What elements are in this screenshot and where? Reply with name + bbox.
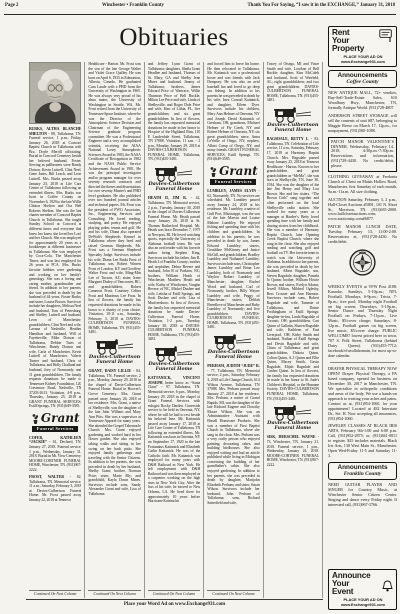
obituary-column-2: Healthcare - Harton. Mr. Frost was the s… <box>85 62 144 598</box>
announcements-title: Announcements <box>329 72 396 79</box>
davies-culbertson-logo: Davies-Culbertson Funeral Home <box>207 333 259 360</box>
obituary-text: - 42, Tullahoma, TN. Memorial service, 2… <box>148 196 200 341</box>
obituary-name: HEATH II, JIM R. <box>148 196 187 200</box>
davies-culbertson-logo: Davies-Culbertson Funeral Home <box>148 165 200 192</box>
obituary-frost-continued: Healthcare - Harton. Mr. Frost was the s… <box>88 62 140 335</box>
obituary-cofer: COFER, KATHLEEN “JACKIE” - 61, Decherd, … <box>29 436 81 472</box>
obituary-text: , better know as “Santa Claus” - 97, Tul… <box>148 381 200 503</box>
page-number: Page 2 <box>5 3 18 8</box>
obituary-text: - 84, Tullahoma, TN. Funeral service, 2 … <box>88 369 140 496</box>
announce-your-event-ad: Announce Your Event PLACE YOUR AD ON www… <box>328 569 397 610</box>
obituary-column-5: Tracey of Otsego, MI and Vince Smith and… <box>264 62 323 598</box>
announcements-county: Franklin County <box>329 471 396 477</box>
obituary-name: SISK, HERSCHEL WAYNE <box>267 435 316 439</box>
obituary-burks: BURKS, ALTHA BLANCHE SHELTON - 88, Tulla… <box>29 127 81 409</box>
obituary-name: RAGSDALE, BETTY L <box>267 137 309 141</box>
obituary-heath: HEATH II, JIM R. - 42, Tullahoma, TN. Me… <box>148 196 200 342</box>
word-ad-footer: Place your Word Ad on www.Exchange931.co… <box>26 599 323 607</box>
obituary-columns: BURKS, ALTHA BLANCHE SHELTON - 88, Tulla… <box>26 62 323 598</box>
obituary-text: Tracey of Otsego, MI and Vince Smith and… <box>267 62 319 102</box>
obituary-sisk: SISK, HERSCHEL WAYNE - 73, Winchester, T… <box>267 435 319 467</box>
for-rent-sign-icon <box>379 29 394 43</box>
ad-drayer-physical-therapy: DRAYER PHYSICAL THERAPY NOW OPEN! Drayer… <box>328 367 397 421</box>
classifieds-sidebar: Rent Your Property PLACE YOUR AD ON www.… <box>328 26 397 610</box>
obituary-perham-continued: Tracey of Otsego, MI and Vince Smith and… <box>267 62 319 103</box>
davies-culbertson-logo: Davies-Culbertson Funeral Home <box>267 106 319 133</box>
ad-anderson-street-storage: ANDERSON STREET STORAGE will sell the co… <box>328 114 397 134</box>
masthead: Page 2 Winchester • Franklin County Than… <box>5 3 395 8</box>
continued-marker: Continued On Next Column <box>29 590 81 598</box>
davies-logo-sub: Funeral Home <box>267 426 319 431</box>
obituary-text: - 77, Tullahoma, TN. Memorial service, 2… <box>207 369 259 505</box>
obituary-column-3: and Jeffrey Lynn Grant of Tullahoma; dau… <box>145 62 204 598</box>
announce-ad-line3: Event <box>332 588 370 596</box>
davies-logo-sub: Funeral Home <box>207 355 259 360</box>
announcements-title: Announcements <box>329 464 396 471</box>
vfw-emblem <box>328 249 397 281</box>
obituary-grant-daisy-continued: and Jeffrey Lynn Grant of Tullahoma; dau… <box>148 62 200 162</box>
announce-ad-cta-line2: www.Exchange931.com <box>332 603 394 607</box>
grant-logo-banner: Funeral Services <box>32 426 78 432</box>
obituary-lumbley: LUMBLEY, JAMES ELVIN - 62, Normandy, TN.… <box>207 189 259 330</box>
bell-icon <box>381 580 394 593</box>
obituary-name: LUMBLEY, JAMES ELVIN <box>207 189 256 193</box>
davies-logo-sub: Funeral Home <box>148 367 200 372</box>
obituary-text: - 61, Decherd, TN. January 27, 2018. Fun… <box>29 440 81 471</box>
horse-carriage-icon <box>95 338 135 355</box>
obituary-text: - 88, Tullahoma, TN. Funeral service, 1 … <box>29 132 81 409</box>
ad-patch-manor-lunch-date: PATCH MANOR LUNCH DATE, Tuesday, Februar… <box>328 225 397 245</box>
obituary-frost-start: FROST, WALTER - 82, Tullahoma, TN. Memor… <box>29 475 81 502</box>
announcements-county: Coffee County <box>329 79 396 85</box>
horse-carriage-icon <box>273 404 313 421</box>
obituary-name: GRANT, DAISY LILLIE <box>88 369 131 373</box>
ad-need-guitar-player: NEED GUITAR PLAYER AND SINGER for Countr… <box>328 483 397 508</box>
horse-carriage-icon <box>154 345 194 362</box>
continued-marker: Continued On Next Column <box>148 590 200 598</box>
announcements-coffee-header: Announcements Coffee County <box>328 70 397 89</box>
obituary-name: PERHAM, JUDITH “JUDE” R. <box>207 364 259 368</box>
davies-culbertson-logo: Davies-Culbertson Funeral Home <box>148 345 200 372</box>
ad-patch-manor-valentine-dinner: PATCH MANOR VALENTINE’S DINNER, Wednesda… <box>328 137 397 172</box>
rent-your-property-ad: Rent Your Property PLACE YOUR AD ON www.… <box>328 26 397 67</box>
obituary-kattanick: KATTANICK, VINCENT JOSEPH, better know a… <box>148 376 200 503</box>
flower-urn-icon <box>209 166 218 178</box>
obituary-text: - 82, Tullahoma, TN. Memorial service, 1… <box>29 475 81 502</box>
ad-auction: AUCTION Saturday, February 3, 2 p.m., Ha… <box>328 198 397 223</box>
obituary-ragsdale: RAGSDALE, BETTY L - 83, Tullahoma, TN. C… <box>267 137 319 401</box>
obituary-text: - 73, Winchester, TN. January 21, 2018. … <box>267 435 319 466</box>
obituary-text: - 83, Tullahoma, TN. Celebration of Life… <box>267 137 319 400</box>
davies-logo-sub: Funeral Home <box>148 187 200 192</box>
obituary-column-4: and forced him to leave his home. He the… <box>204 62 263 598</box>
grant-funeral-services-logo: Grant Funeral Services <box>207 165 259 185</box>
announcements-franklin-header: Announcements Franklin County <box>328 462 397 481</box>
rent-ad-cta-line2: www.Exchange931.com <box>332 60 394 64</box>
grant-logo-script: Grant <box>41 412 80 425</box>
portrait-photo-graphic <box>30 63 80 123</box>
obituary-grant-daisy: GRANT, DAISY LILLIE - 84, Tullahoma, TN.… <box>88 369 140 496</box>
obituary-text: - 62, Normandy, TN. No services are sche… <box>207 189 259 329</box>
ad-jewelry-classes: JEWELRY CLASSES AT BLACK IRIS ARTS, Febr… <box>328 424 397 458</box>
obituary-kattanick-continued: and forced him to leave his home. He the… <box>207 62 259 162</box>
obituary-text: and Jeffrey Lynn Grant of Tullahoma; dau… <box>148 62 200 161</box>
obituary-text: and forced him to leave his home. He the… <box>207 62 259 161</box>
grant-logo-script: Grant <box>219 165 258 178</box>
masthead-rule <box>4 14 396 15</box>
grant-funeral-services-logo: Grant Funeral Services <box>29 412 81 432</box>
obituary-column-1: BURKS, ALTHA BLANCHE SHELTON - 88, Tulla… <box>26 62 85 598</box>
continued-marker: Continued On Next Column <box>88 590 140 598</box>
horse-carriage-icon <box>154 165 194 182</box>
obituary-text: Healthcare - Harton. Mr. Frost was the s… <box>88 62 140 334</box>
davies-culbertson-logo: Davies-Culbertson Funeral Home <box>88 338 140 365</box>
grant-logo-banner: Funeral Services <box>210 179 256 185</box>
davies-logo-sub: Funeral Home <box>267 128 319 133</box>
obituary-name: FROST, WALTER <box>29 475 64 479</box>
davies-culbertson-logo: Davies-Culbertson Funeral Home <box>267 404 319 431</box>
obituary-perham: PERHAM, JUDITH “JUDE” R. - 77, Tullahoma… <box>207 364 259 505</box>
horse-carriage-icon <box>273 106 313 123</box>
ad-new-antique-mall: NEW ANTIQUE MALL, 72+ vendors, Buy-Sell-… <box>328 91 397 111</box>
continued-marker: Continued On Next Column <box>207 590 259 598</box>
masthead-slogan: Thank You For Saying, “I saw it in the E… <box>247 3 395 8</box>
vfw-seal-icon <box>349 249 376 276</box>
davies-logo-sub: Funeral Home <box>88 360 140 365</box>
obituaries-title: Obituaries <box>26 24 322 52</box>
sidebar-divider <box>330 362 395 363</box>
horse-carriage-icon <box>213 333 253 350</box>
flower-urn-icon <box>31 413 40 425</box>
ad-clothing-giveaway: CLOTHING GIVEAWAY at Fredonia Church of … <box>328 175 397 195</box>
ad-vfw-weekly-events: WEEKLY EVENTS at VFW Post 4188: Karaoke,… <box>328 285 397 359</box>
rent-ad-line3: Property <box>332 45 364 53</box>
masthead-region: Winchester • Franklin County <box>18 3 247 8</box>
obituary-portrait-photo <box>29 62 81 124</box>
